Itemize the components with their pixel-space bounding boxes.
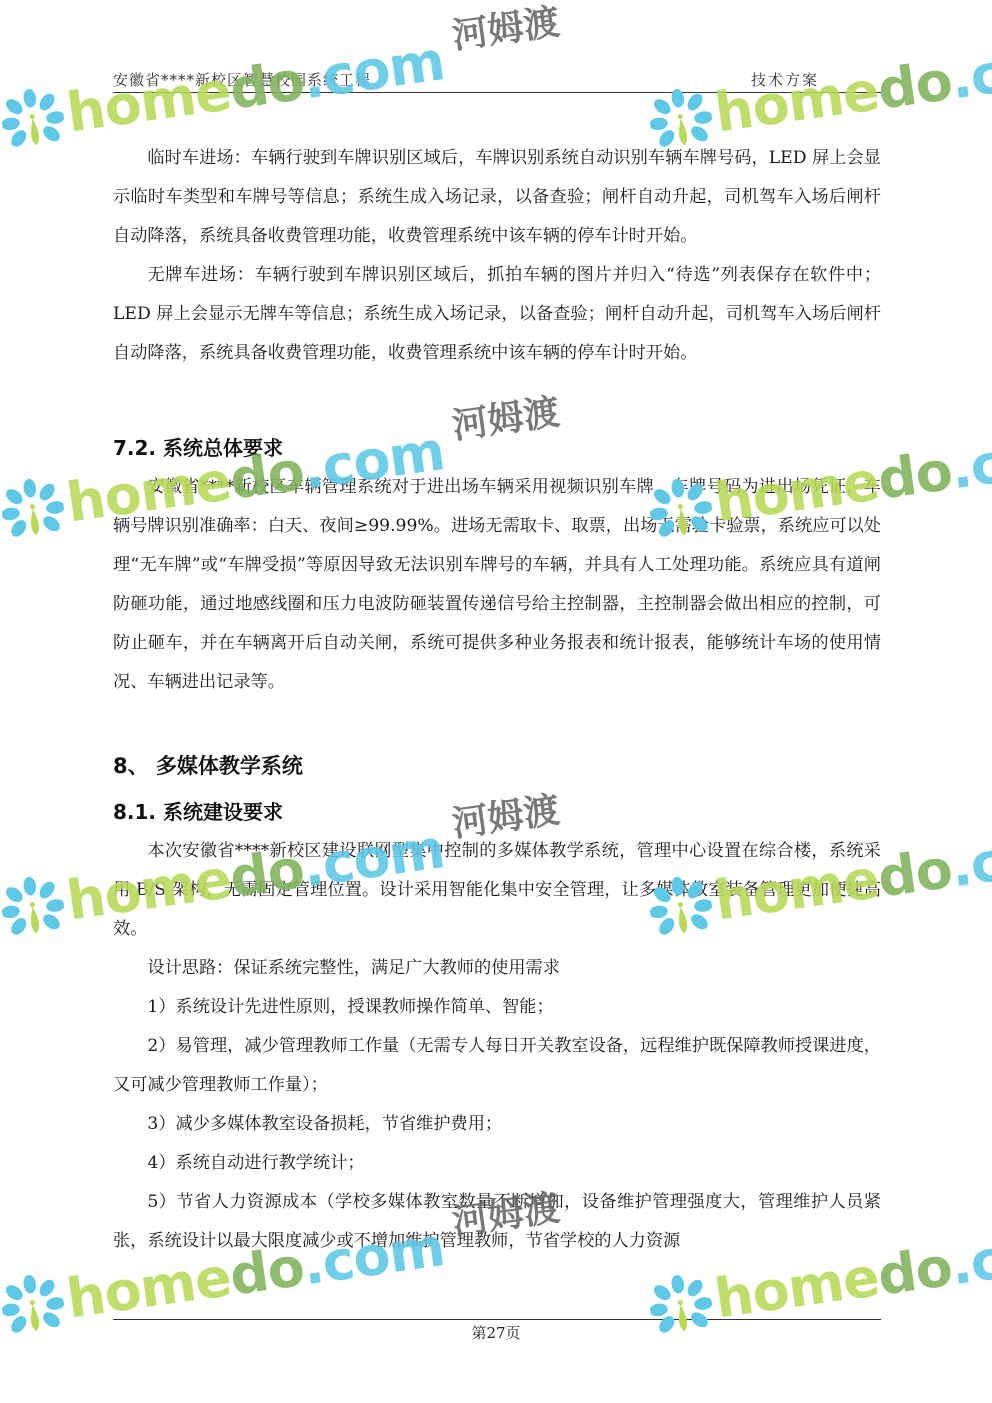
footer-divider xyxy=(113,1319,881,1320)
list-item-1: 1）系统设计先进性原则，授课教师操作简单、智能； xyxy=(113,988,881,1027)
header-project-title: 安徽省****新校区智慧校园系统工程 xyxy=(113,69,371,90)
section-7-2-body: 安徽省****新校区车辆管理系统对于进出场车辆采用视频识别车牌，车牌号码为进出场… xyxy=(113,468,881,702)
page-number: 第27页 xyxy=(0,1322,992,1343)
paragraph-build-requirements: 本次安徽省****新校区建设联网型集中控制的多媒体教学系统，管理中心设置在综合楼… xyxy=(113,832,881,949)
homedo-flower-icon xyxy=(0,872,68,942)
list-item-4: 4）系统自动进行教学统计； xyxy=(113,1144,881,1183)
paragraph-overall-requirements: 安徽省****新校区车辆管理系统对于进出场车辆采用视频识别车牌，车牌号码为进出场… xyxy=(113,468,881,702)
list-item-5: 5）节省人力资源成本（学校多媒体教室数量不断增加，设备维护管理强度大，管理维护人… xyxy=(113,1183,881,1261)
heading-8-1: 8.1. 系统建设要求 xyxy=(113,796,283,825)
list-item-3: 3）减少多媒体教室设备损耗，节省维护费用； xyxy=(113,1105,881,1144)
temp-car-paragraph-block: 临时车进场：车辆行驶到车牌识别区域后，车牌识别系统自动识别车辆车牌号码，LED … xyxy=(113,139,881,373)
list-item-2: 2）易管理，减少管理教师工作量（无需专人每日开关教室设备，远程维护既保障教师授课… xyxy=(113,1027,881,1105)
page-header: 安徽省****新校区智慧校园系统工程 技术方案 xyxy=(113,66,881,93)
homedo-flower-icon xyxy=(0,84,68,154)
paragraph-design-idea: 设计思路：保证系统完整性，满足广大教师的使用需求 xyxy=(113,949,881,988)
homedo-flower-icon xyxy=(0,474,68,544)
paragraph-temp-car-entry: 临时车进场：车辆行驶到车牌识别区域后，车牌识别系统自动识别车辆车牌号码，LED … xyxy=(113,139,881,256)
heading-8: 8、 多媒体教学系统 xyxy=(113,750,303,780)
heading-7-2: 7.2. 系统总体要求 xyxy=(113,432,283,461)
document-page: 安徽省****新校区智慧校园系统工程 技术方案 临时车进场：车辆行驶到车牌识别区… xyxy=(0,0,992,1403)
paragraph-no-plate-entry: 无牌车进场：车辆行驶到车牌识别区域后，抓拍车辆的图片并归入“待选”列表保存在软件… xyxy=(113,256,881,373)
header-doc-type: 技术方案 xyxy=(751,69,819,90)
section-8-1-body: 本次安徽省****新校区建设联网型集中控制的多媒体教学系统，管理中心设置在综合楼… xyxy=(113,832,881,1261)
